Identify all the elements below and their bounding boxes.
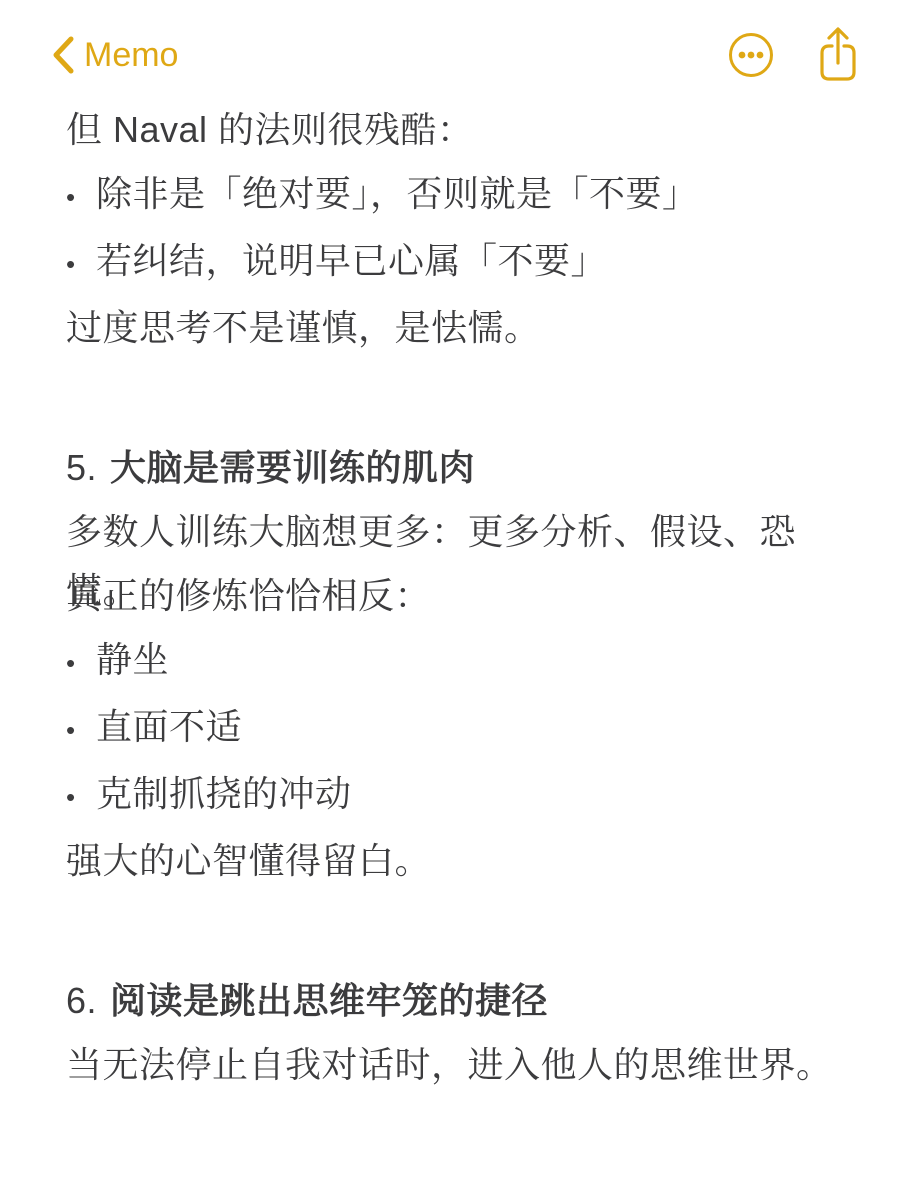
section-number: 6. xyxy=(66,980,97,1021)
note-line: 但 Naval 的法则很残酷： xyxy=(66,98,863,162)
bullet-dot: • xyxy=(66,698,96,762)
note-line-bullet: •若纠结，说明早已心属「不要」 xyxy=(66,229,863,296)
share-icon xyxy=(816,25,860,85)
note-line-bullet: •直面不适 xyxy=(66,695,863,762)
ellipsis-circle-icon xyxy=(728,32,774,78)
back-button[interactable]: Memo xyxy=(52,26,178,84)
more-options-button[interactable] xyxy=(728,32,774,78)
bullet-dot: • xyxy=(66,165,96,229)
nav-actions xyxy=(728,26,860,84)
note-line: 过度思考不是谨慎，是怯懦。 xyxy=(66,296,863,360)
back-button-label: Memo xyxy=(84,38,178,72)
note-line-bullet: •静坐 xyxy=(66,628,863,695)
note-line: 多数人训练大脑想更多：更多分析、假设、恐 xyxy=(66,500,863,564)
bullet-dot: • xyxy=(66,765,96,829)
section-header: 5.大脑是需要训练的肌肉 xyxy=(66,436,863,500)
section-title: 大脑是需要训练的肌肉 xyxy=(110,447,475,488)
note-body[interactable]: 但 Naval 的法则很残酷： •除非是「绝对要」，否则就是「不要」 •若纠结，… xyxy=(66,98,863,1097)
chevron-left-icon xyxy=(52,36,74,74)
share-button[interactable] xyxy=(816,25,860,85)
note-line-bullet: •除非是「绝对要」，否则就是「不要」 xyxy=(66,162,863,229)
note-line: 当无法停止自我对话时，进入他人的思维世界。 xyxy=(66,1033,863,1097)
note-line-overlapped: 慌。真正的修炼恰恰相反： xyxy=(66,564,863,628)
note-line-bullet: •克制抓挠的冲动 xyxy=(66,762,863,829)
section-number: 5. xyxy=(66,447,97,488)
bullet-dot: • xyxy=(66,631,96,695)
section-title: 阅读是跳出思维牢笼的捷径 xyxy=(110,980,548,1021)
section-header: 6.阅读是跳出思维牢笼的捷径 xyxy=(66,969,863,1033)
note-line: 强大的心智懂得留白。 xyxy=(66,829,863,893)
stitch-overlap-artifact: 慌。 xyxy=(66,559,139,623)
bullet-dot: • xyxy=(66,232,96,296)
nav-bar: Memo xyxy=(0,26,901,84)
notes-app-screen: Memo xyxy=(0,0,901,1200)
